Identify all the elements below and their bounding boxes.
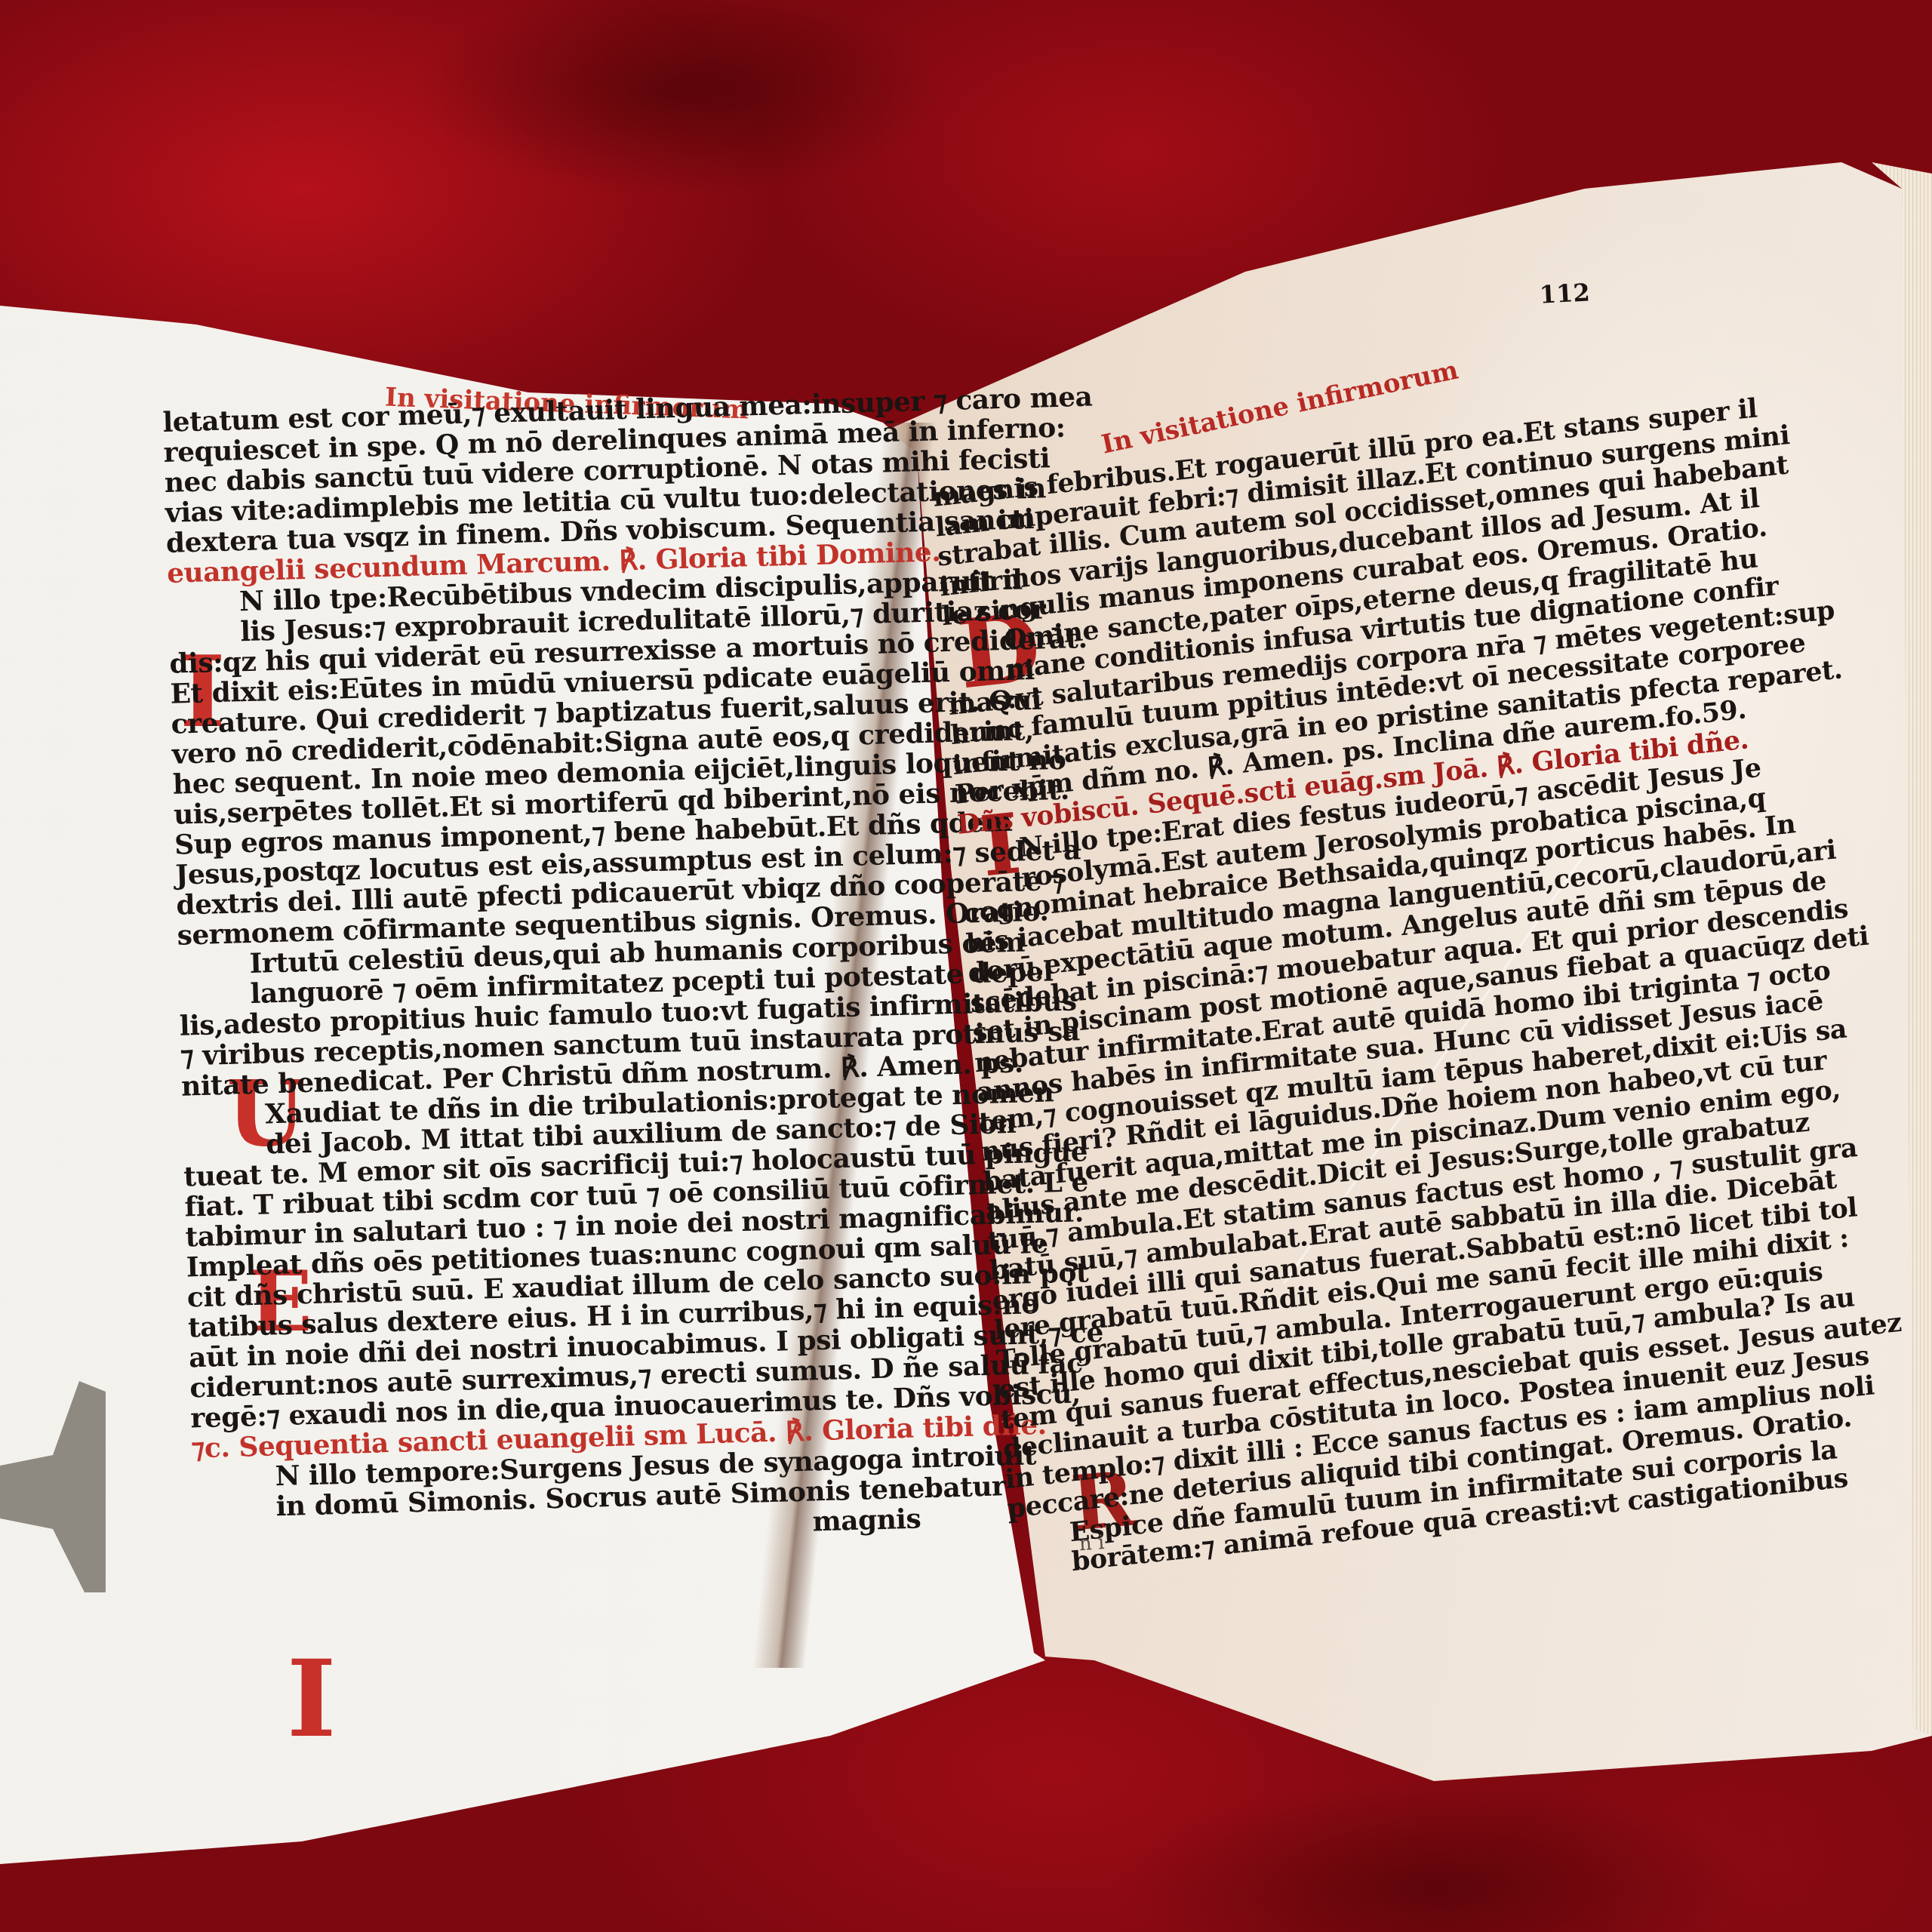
rubricated-initial-I-bottom: I: [287, 1638, 337, 1761]
signature-mark: n i: [1078, 1531, 1105, 1555]
right-page-text: magnis febribus.Et rogauerūt illū pro ea…: [932, 387, 1898, 1584]
folio-number: 112: [1539, 278, 1591, 309]
left-page-text: letatum est cor meū,⁊ exultauit lingua m…: [162, 386, 949, 1554]
